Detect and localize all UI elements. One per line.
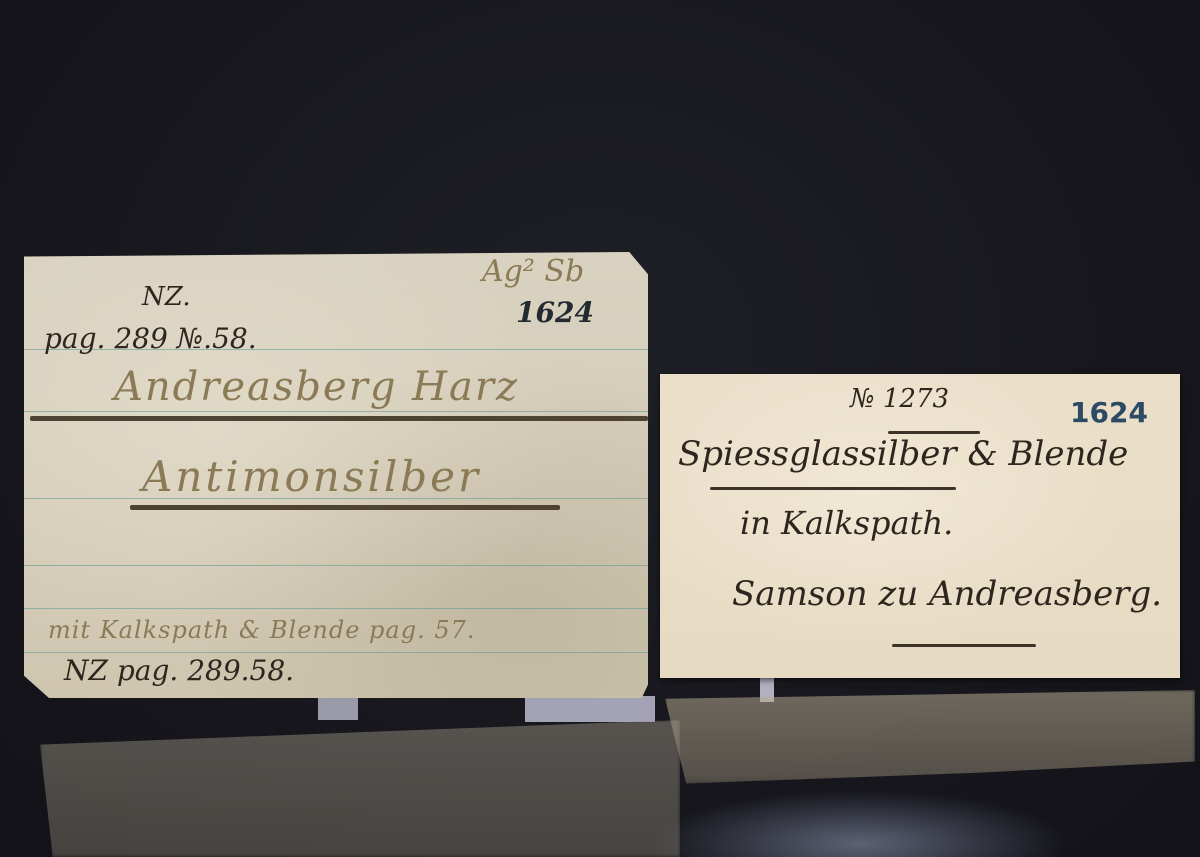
left-label-reflection <box>40 720 680 857</box>
locality-underline <box>892 644 1036 647</box>
left-specimen-label: Ag² Sb 1624 NZ. pag. 289 №.58. Andreasbe… <box>24 252 648 698</box>
catalog-number: 1624 <box>516 296 594 329</box>
mineral-name: Antimonsilber <box>142 452 481 501</box>
ruled-line <box>24 565 648 566</box>
mineral-underline <box>710 487 956 490</box>
display-stand-left <box>318 696 358 720</box>
locality-text: Andreasberg Harz <box>114 364 519 410</box>
catalog-number: 1624 <box>1070 396 1148 429</box>
ruled-line <box>24 652 648 653</box>
page-ref: pag. 289 №.58. <box>44 322 257 355</box>
line-2: in Kalkspath. <box>740 504 953 542</box>
note-text: mit Kalkspath & Blende pag. 57. <box>48 616 476 644</box>
locality-underline <box>30 416 648 421</box>
right-specimen-label: № 1273 1624 Spiessglassilber & Blende in… <box>660 374 1180 678</box>
mineral-underline <box>130 505 560 510</box>
ruled-line <box>24 608 648 609</box>
footer-ref: NZ pag. 289.58. <box>64 654 294 687</box>
formula-text: Ag² Sb <box>482 254 584 289</box>
collection-ref: NZ. <box>142 282 191 312</box>
surface-glow <box>650 790 1070 857</box>
line-1: Spiessglassilber & Blende <box>678 434 1128 474</box>
display-stand-gap <box>525 696 655 722</box>
line-3: Samson zu Andreasberg. <box>732 574 1162 614</box>
label-number: № 1273 <box>850 384 949 414</box>
ruled-line <box>24 411 648 412</box>
right-label-reflection <box>665 690 1195 800</box>
